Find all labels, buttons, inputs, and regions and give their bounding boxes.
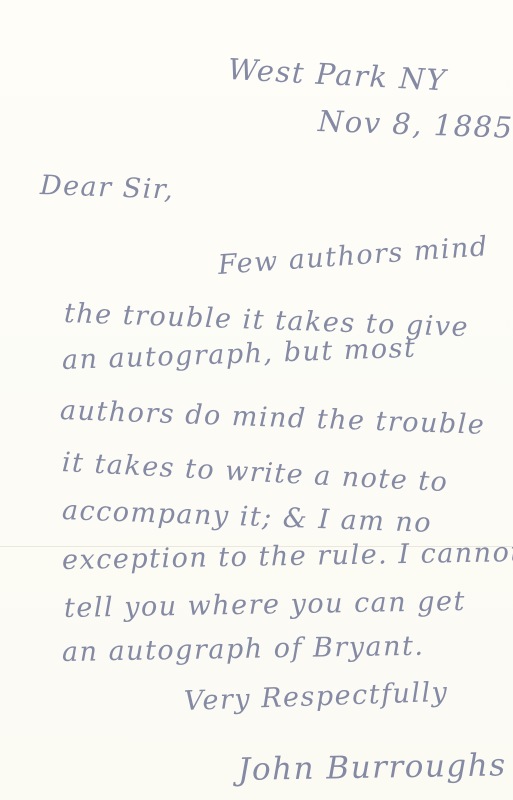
letter-body-line-6: accompany it; & I am no xyxy=(61,495,432,539)
letter-body-line-1: Few authors mind xyxy=(217,231,490,281)
letter-signature: John Burroughs xyxy=(238,747,507,788)
letter-body-line-8: tell you where you can get xyxy=(64,586,466,624)
letter-place: West Park NY xyxy=(227,52,448,97)
letter-body-line-4: authors do mind the trouble xyxy=(59,395,485,441)
letter-salutation: Dear Sir, xyxy=(39,170,174,206)
letter-body-line-9: an autograph of Bryant. xyxy=(62,631,425,668)
letter-page: West Park NY Nov 8, 1885 Dear Sir, Few a… xyxy=(0,0,513,800)
letter-body-line-5: it takes to write a note to xyxy=(61,447,449,498)
letter-body-line-3: an autograph, but most xyxy=(61,333,416,376)
letter-date: Nov 8, 1885 xyxy=(317,104,513,145)
letter-body-line-7: exception to the rule. I cannot xyxy=(62,537,513,576)
letter-closing: Very Respectfully xyxy=(183,677,448,717)
